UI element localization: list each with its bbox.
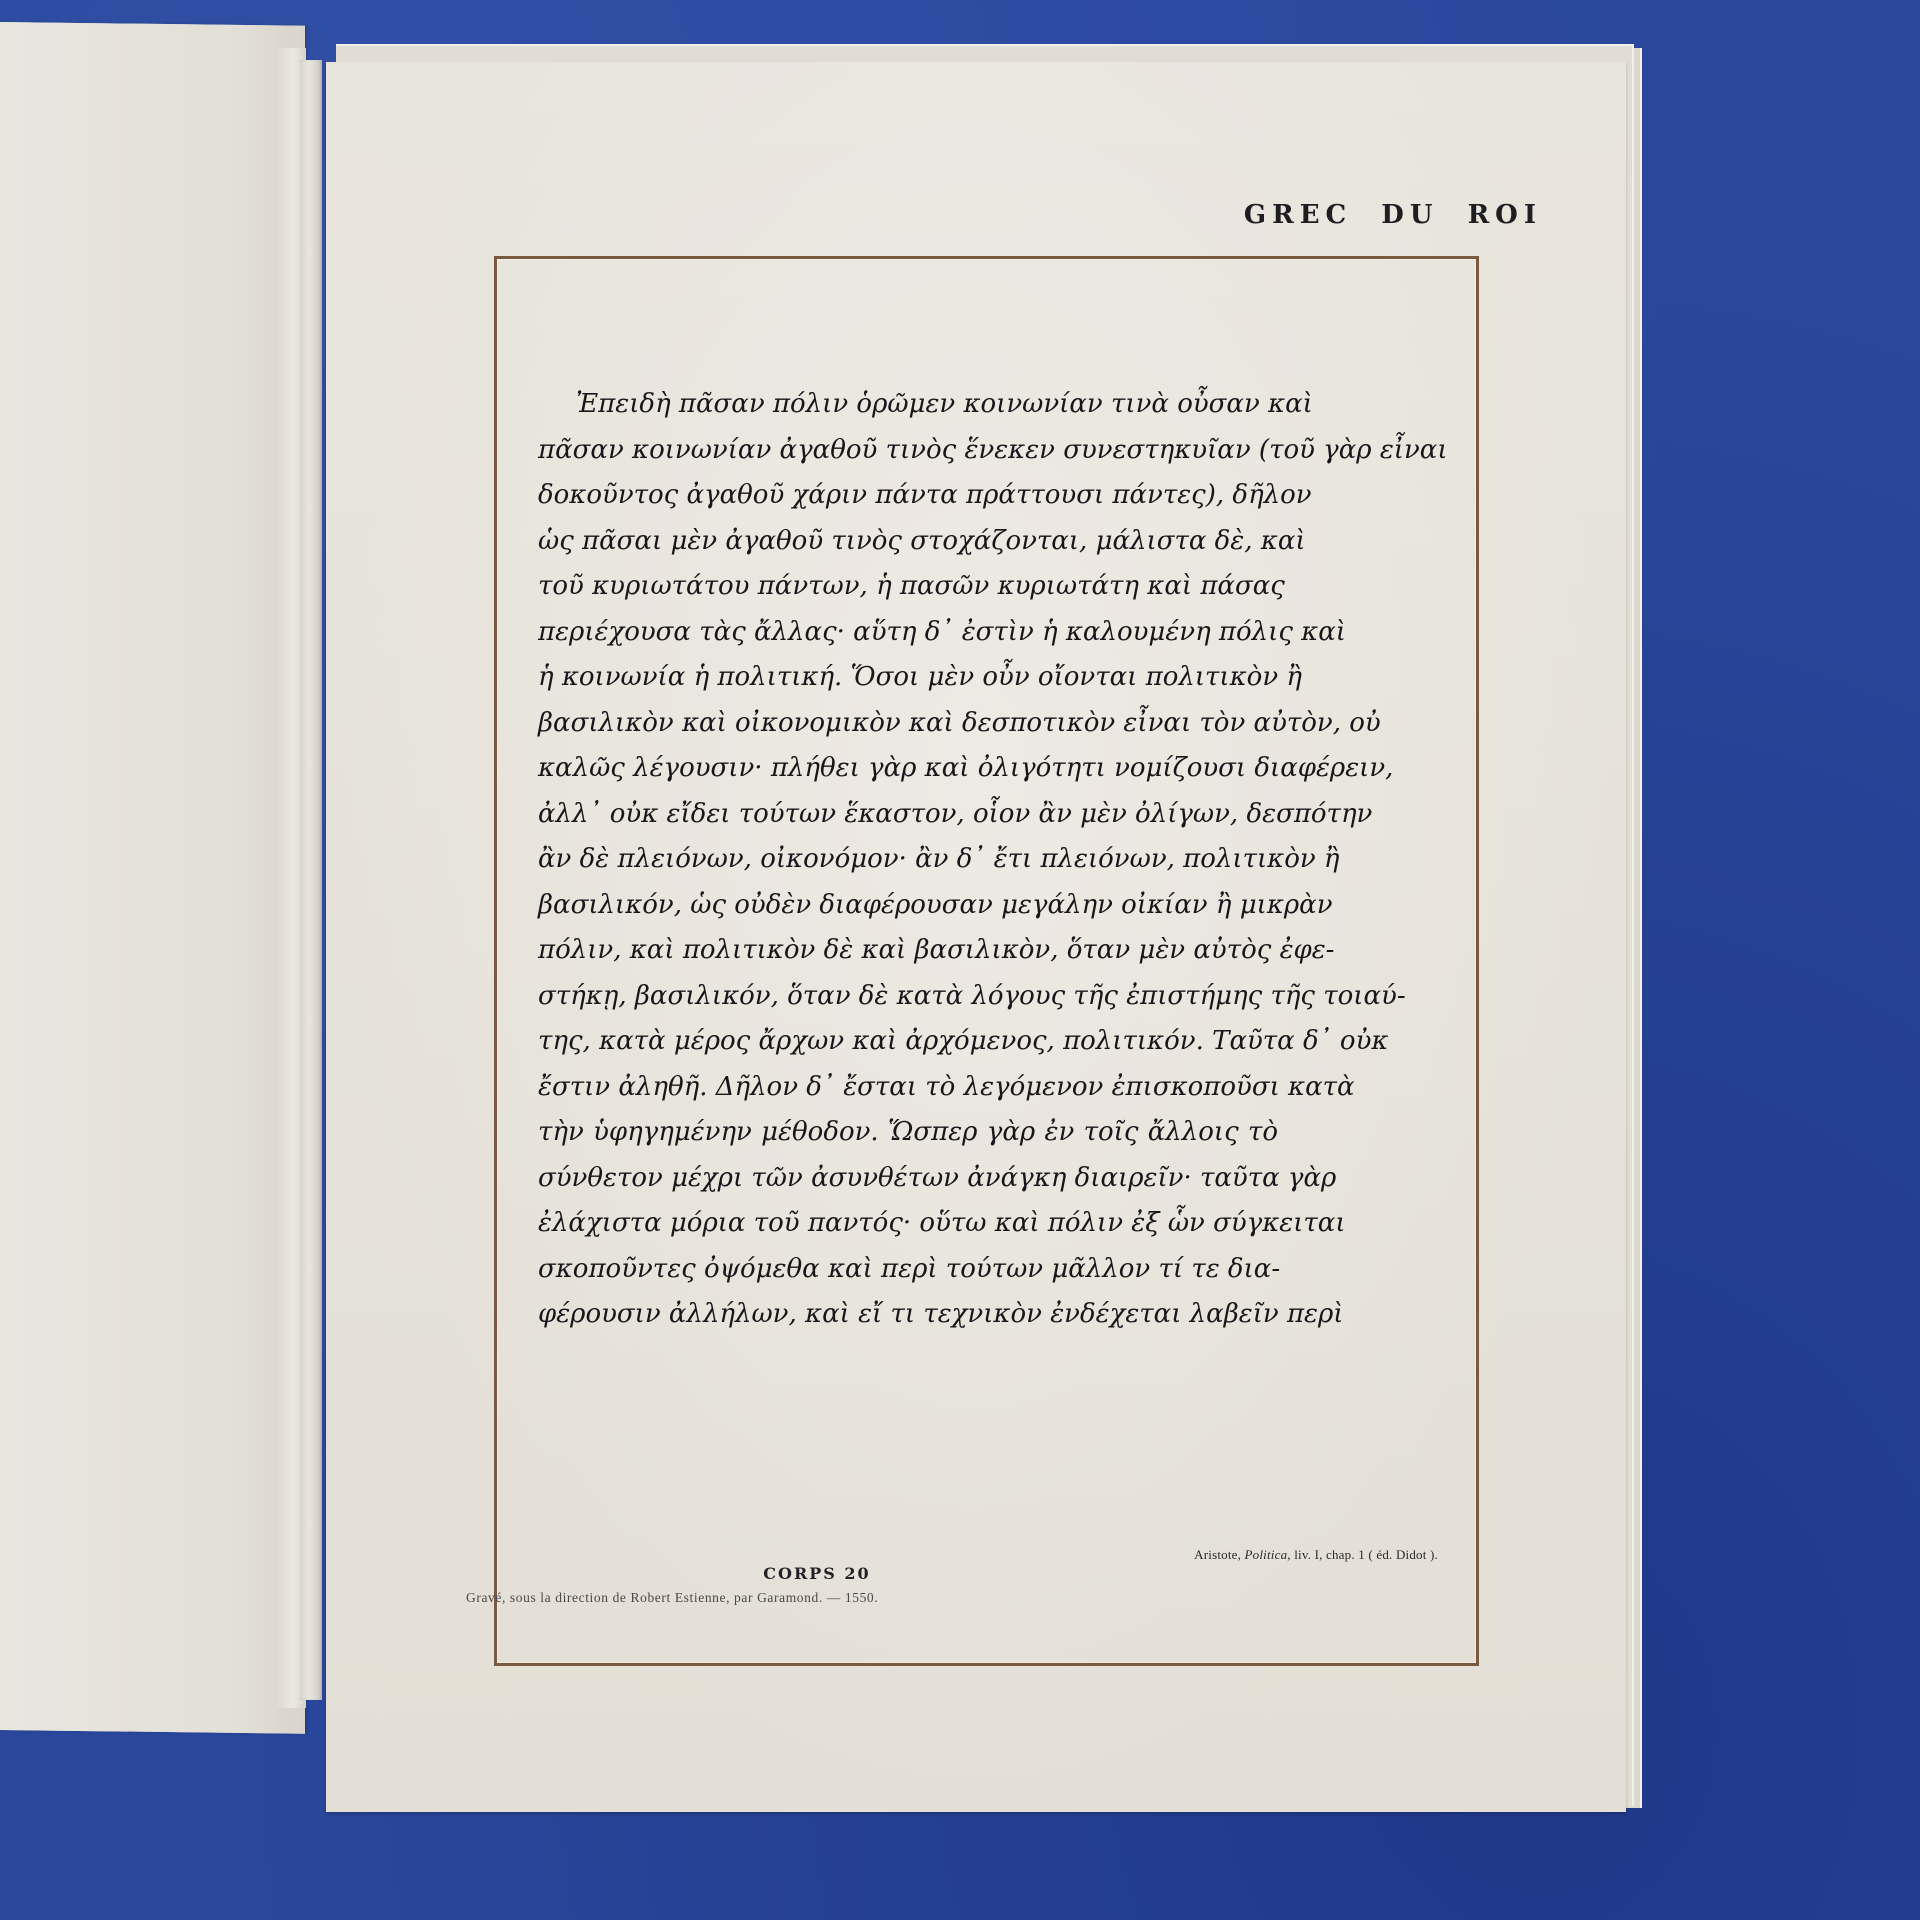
- text-line: σύνθετον μέχρι τῶν ἀσυνθέτων ἀνάγκη διαι…: [538, 1156, 1278, 1202]
- text-line: της, κατὰ μέρος ἄρχων καὶ ἀρχόμενος, πολ…: [538, 1019, 1278, 1065]
- text-line: τὴν ὑφηγημένην μέθοδον. Ὥσπερ γὰρ ἐν τοῖ…: [538, 1110, 1278, 1156]
- text-line: σκοποῦντες ὀψόμεθα καὶ περὶ τούτων μᾶλλο…: [538, 1247, 1278, 1293]
- text-line: πᾶσαν κοινωνίαν ἀγαθοῦ τινὸς ἕνεκεν συνε…: [538, 428, 1278, 474]
- text-line: ἔστιν ἀληθῆ. Δῆλον δ᾽ ἔσται τὸ λεγόμενον…: [538, 1065, 1278, 1111]
- text-line: στήκῃ, βασιλικόν, ὅταν δὲ κατὰ λόγους τῆ…: [538, 974, 1278, 1020]
- text-line: δοκοῦντος ἀγαθοῦ χάριν πάντα πράττουσι π…: [538, 473, 1278, 519]
- previous-page: [0, 22, 305, 1734]
- citation: Aristote, Politica, liv. I, chap. 1 ( éd…: [1194, 1547, 1438, 1563]
- citation-author: Aristote,: [1194, 1547, 1244, 1562]
- citation-reference: , liv. I, chap. 1 ( éd. Didot ).: [1287, 1547, 1438, 1562]
- binding-gutter: [300, 60, 322, 1700]
- text-line: ἂν δὲ πλειόνων, οἰκονόμον· ἂν δ᾽ ἔτι πλε…: [538, 837, 1278, 883]
- specimen-page: GREC DU ROI Aristote, Politica, liv. I, …: [326, 62, 1626, 1812]
- text-line: Ἐπειδὴ πᾶσαν πόλιν ὁρῶμεν κοινωνίαν τινὰ…: [538, 382, 1278, 428]
- citation-work: Politica: [1245, 1547, 1288, 1562]
- text-line: καλῶς λέγουσιν· πλήθει γὰρ καὶ ὀλιγότητι…: [538, 746, 1278, 792]
- text-line: πόλιν, καὶ πολιτικὸν δὲ καὶ βασιλικὸν, ὅ…: [538, 928, 1278, 974]
- text-line: περιέχουσα τὰς ἄλλας· αὕτη δ᾽ ἐστὶν ἡ κα…: [538, 610, 1278, 656]
- running-head: GREC DU ROI: [1244, 200, 1542, 230]
- text-line: ἀλλ᾽ οὐκ εἴδει τούτων ἕκαστον, οἷον ἂν μ…: [538, 792, 1278, 838]
- text-line: ἐλάχιστα μόρια τοῦ παντός· οὕτω καὶ πόλι…: [538, 1201, 1278, 1247]
- text-line: βασιλικόν, ὡς οὐδὲν διαφέρουσαν μεγάλην …: [538, 883, 1278, 929]
- greek-specimen-text: Ἐπειδὴ πᾶσαν πόλιν ὁρῶμεν κοινωνίαν τινὰ…: [538, 382, 1278, 1338]
- text-line: τοῦ κυριωτάτου πάντων, ἡ πασῶν κυριωτάτη…: [538, 564, 1278, 610]
- engraving-note: Gravé, sous la direction de Robert Estie…: [466, 1590, 878, 1606]
- text-line: ὡς πᾶσαι μὲν ἀγαθοῦ τινὸς στοχάζονται, μ…: [538, 519, 1278, 565]
- type-size-label: CORPS 20: [652, 1564, 982, 1583]
- text-line: φέρουσιν ἀλλήλων, καὶ εἴ τι τεχνικὸν ἐνδ…: [538, 1292, 1278, 1338]
- text-line: βασιλικὸν καὶ οἰκονομικὸν καὶ δεσποτικὸν…: [538, 701, 1278, 747]
- text-line: ἡ κοινωνία ἡ πολιτική. Ὅσοι μὲν οὖν οἴον…: [538, 655, 1278, 701]
